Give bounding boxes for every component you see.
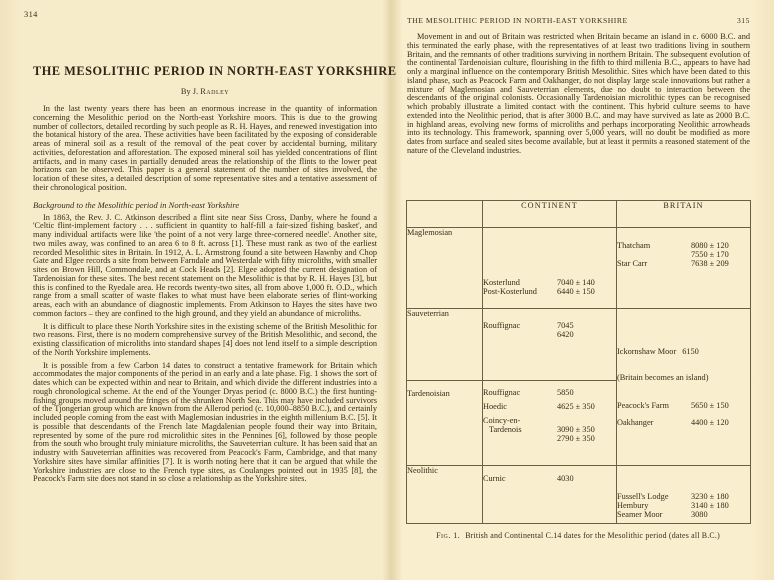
site-name: Hoedic: [483, 402, 557, 411]
table-header-row: CONTINENT BRITAIN: [407, 201, 751, 228]
date-entry: Curnic4030: [483, 474, 616, 483]
date-entry: Post-Kosterlund6440 ± 150: [483, 287, 616, 296]
table-row-neolithic: Neolithic Curnic4030 Fussell's Lodge3230…: [407, 466, 751, 524]
continent-cell-maglemosian: Kosterlund7040 ± 140 Post-Kosterlund6440…: [483, 228, 617, 309]
date-entry: Fussell's Lodge3230 ± 180: [617, 492, 750, 501]
date-entry: 7550 ± 170: [617, 250, 750, 259]
date-entry: 6420: [483, 330, 616, 339]
page-number-right: 315: [737, 16, 750, 25]
britain-cell-neolithic: Fussell's Lodge3230 ± 180 Hembury3140 ± …: [617, 466, 751, 524]
table-row-maglemosian: Maglemosian Kosterlund7040 ± 140 Post-Ko…: [407, 228, 751, 309]
site-date: 2790 ± 350: [557, 434, 616, 443]
date-entry: Peacock's Farm5650 ± 150: [617, 401, 750, 410]
site-date: 4625 ± 350: [557, 402, 616, 411]
site-date: 6440 ± 150: [557, 287, 616, 296]
date-entry: Oakhanger4400 ± 120: [617, 418, 750, 427]
site-date: 5850: [557, 388, 616, 397]
continent-cell-neolithic: Curnic4030: [483, 466, 617, 524]
site-name: Star Carr: [617, 259, 691, 268]
table-row-sauveterrian: Sauveterrian Rouffignac7045 6420 Ickorns…: [407, 309, 751, 381]
continent-cell-sauveterrian: Rouffignac7045 6420: [483, 309, 617, 381]
site-date: 4030: [557, 474, 616, 483]
running-header: THE MESOLITHIC PERIOD IN NORTH-EAST YORK…: [407, 16, 750, 25]
site-name: Thatcham: [617, 241, 691, 250]
date-entry: Rouffignac7045: [483, 321, 616, 330]
paragraph-carbon-dates: It is possible from a few Carbon 14 date…: [33, 362, 377, 485]
paragraph-movement: Movement in and out of Britain was restr…: [407, 33, 750, 156]
site-date: 6150: [682, 347, 699, 356]
site-date: 3140 ± 180: [691, 501, 750, 510]
site-date: 4400 ± 120: [691, 418, 750, 427]
article-title: THE MESOLITHIC PERIOD IN NORTH-EAST YORK…: [33, 64, 377, 79]
site-date: 8080 ± 120: [691, 241, 750, 250]
c14-dates-table: CONTINENT BRITAIN Maglemosian Kosterlund…: [406, 200, 751, 524]
table-corner-cell: [407, 201, 483, 228]
left-text-block: THE MESOLITHIC PERIOD IN NORTH-EAST YORK…: [33, 0, 377, 484]
site-date: 5650 ± 150: [691, 401, 750, 410]
column-header-continent: CONTINENT: [483, 201, 617, 228]
site-name: Ickornshaw Moor: [617, 347, 676, 356]
site-date: 6420: [557, 330, 616, 339]
site-name: Curnic: [483, 474, 557, 483]
byline-author: Radley: [200, 87, 229, 96]
site-name: Fussell's Lodge: [617, 492, 691, 501]
date-entry: Seamer Moor3080: [617, 510, 750, 519]
left-page: 314 THE MESOLITHIC PERIOD IN NORTH-EAST …: [0, 0, 390, 580]
period-label: Maglemosian: [407, 228, 483, 309]
figure-1-table-wrap: CONTINENT BRITAIN Maglemosian Kosterlund…: [406, 200, 750, 524]
paragraph-difficulty: It is difficult to place these North Yor…: [33, 323, 377, 358]
site-name: Hembury: [617, 501, 691, 510]
date-entry: 2790 ± 350: [483, 434, 616, 443]
britain-cell-sauveterrian-tardenoisian: Ickornshaw Moor6150 (Britain becomes an …: [617, 309, 751, 466]
date-entry: Coincy-en-: [483, 416, 616, 425]
figure-caption-label: Fig. 1.: [436, 531, 460, 540]
date-entry: Thatcham8080 ± 120: [617, 241, 750, 250]
site-name: Kosterlund: [483, 278, 557, 287]
period-label: Sauveterrian: [407, 309, 483, 381]
date-entry: Hembury3140 ± 180: [617, 501, 750, 510]
site-date: 3230 ± 180: [691, 492, 750, 501]
paragraph-background: In 1863, the Rev. J. C. Atkinson describ…: [33, 214, 377, 319]
site-name: [483, 330, 557, 339]
right-text-block: Movement in and out of Britain was restr…: [407, 33, 750, 156]
date-entry: Kosterlund7040 ± 140: [483, 278, 616, 287]
period-label: Tardenoisian: [407, 381, 483, 466]
paragraph-intro: In the last twenty years there has been …: [33, 105, 377, 193]
site-date: [557, 416, 616, 425]
date-entry: Tardenois3090 ± 350: [483, 425, 616, 434]
date-entry: Ickornshaw Moor6150: [617, 347, 750, 356]
site-name: Post-Kosterlund: [483, 287, 557, 296]
date-entry: Hoedic4625 ± 350: [483, 402, 616, 411]
site-name: Peacock's Farm: [617, 401, 691, 410]
figure-caption-text: British and Continental C.14 dates for t…: [465, 531, 720, 540]
site-date: 7045: [557, 321, 616, 330]
site-name: [483, 434, 557, 443]
right-page: THE MESOLITHIC PERIOD IN NORTH-EAST YORK…: [390, 0, 774, 580]
byline: By J. Radley: [33, 87, 377, 96]
site-name: Tardenois: [483, 425, 557, 434]
date-entry: Star Carr7638 ± 209: [617, 259, 750, 268]
site-name: Rouffignac: [483, 321, 557, 330]
island-note: (Britain becomes an island): [617, 373, 750, 382]
site-date: 7040 ± 140: [557, 278, 616, 287]
column-header-britain: BRITAIN: [617, 201, 751, 228]
site-date: 3090 ± 350: [557, 425, 616, 434]
britain-cell-maglemosian: Thatcham8080 ± 120 7550 ± 170 Star Carr7…: [617, 228, 751, 309]
site-name: [617, 250, 691, 259]
byline-prefix: By J.: [181, 87, 200, 96]
running-header-title: THE MESOLITHIC PERIOD IN NORTH-EAST YORK…: [407, 16, 628, 25]
site-date: 7550 ± 170: [691, 250, 750, 259]
section-heading: Background to the Mesolithic period in N…: [33, 201, 377, 210]
figure-caption: Fig. 1.British and Continental C.14 date…: [406, 531, 750, 540]
date-entry: Rouffignac5850: [483, 388, 616, 397]
period-label: Neolithic: [407, 466, 483, 524]
site-name: Seamer Moor: [617, 510, 691, 519]
site-date: 3080: [691, 510, 750, 519]
site-name: Coincy-en-: [483, 416, 557, 425]
site-name: Oakhanger: [617, 418, 691, 427]
continent-cell-tardenoisian: Rouffignac5850 Hoedic4625 ± 350 Coincy-e…: [483, 381, 617, 466]
site-name: Rouffignac: [483, 388, 557, 397]
site-date: 7638 ± 209: [691, 259, 750, 268]
